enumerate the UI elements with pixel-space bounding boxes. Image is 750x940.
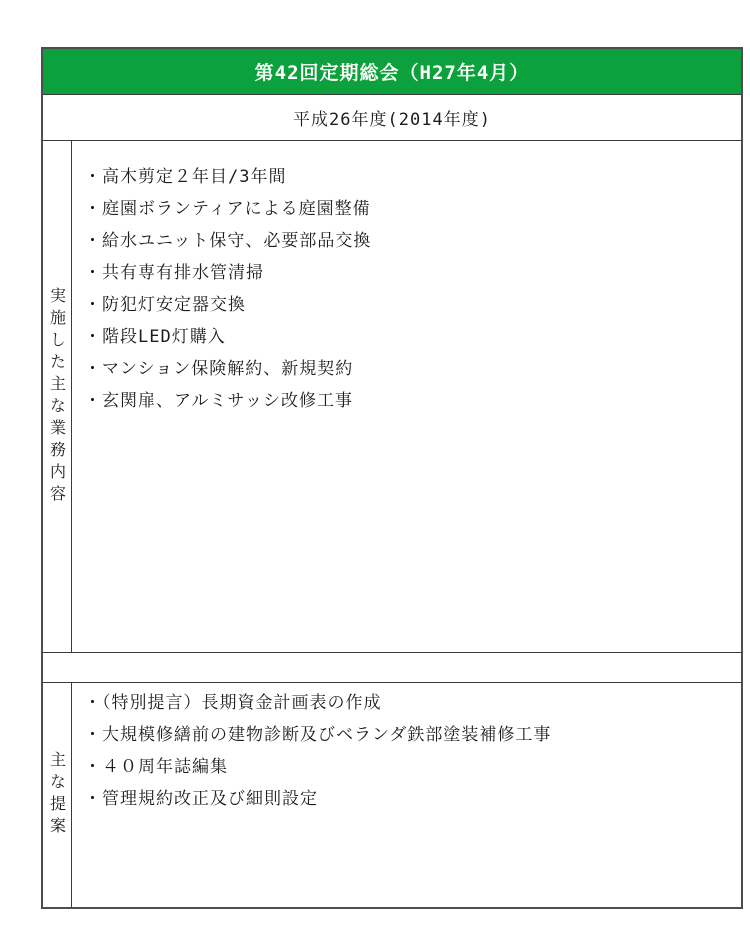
list-item: ・管理規約改正及び細則設定: [84, 783, 727, 815]
list-item: ・玄関扉、アルミサッシ改修工事: [84, 385, 727, 417]
section-proposals-label: 主な提案: [43, 751, 72, 839]
list-item: ・大規模修繕前の建物診断及びベランダ鉄部塗装補修工事: [84, 719, 727, 751]
list-item: ・４０周年誌編集: [84, 751, 727, 783]
proposals-list: ・（特別提言）長期資金計画表の作成 ・大規模修繕前の建物診断及びベランダ鉄部塗装…: [72, 683, 741, 907]
section-activities-label: 実施した主な業務内容: [43, 287, 72, 507]
list-item: ・防犯灯安定器交換: [84, 289, 727, 321]
list-item: ・マンション保険解約、新規契約: [84, 353, 727, 385]
list-item: ・共有専有排水管清掃: [84, 257, 727, 289]
report-table: 第42回定期総会（H27年4月） 平成26年度(2014年度) 実施した主な業務…: [41, 47, 743, 909]
list-item: ・給水ユニット保守、必要部品交換: [84, 225, 727, 257]
list-item: ・（特別提言）長期資金計画表の作成: [84, 687, 727, 719]
section-proposals-label-cell: 主な提案: [43, 683, 72, 907]
fiscal-year-row: 平成26年度(2014年度): [43, 94, 741, 140]
list-item: ・階段LED灯購入: [84, 321, 727, 353]
section-separator: [43, 652, 741, 682]
list-item: ・庭園ボランティアによる庭園整備: [84, 193, 727, 225]
section-activities-label-cell: 実施した主な業務内容: [43, 141, 72, 652]
list-item: ・高木剪定２年目/3年間: [84, 161, 727, 193]
fiscal-year-text: 平成26年度(2014年度): [293, 105, 491, 130]
table-header: 第42回定期総会（H27年4月）: [43, 49, 741, 94]
section-proposals: 主な提案 ・（特別提言）長期資金計画表の作成 ・大規模修繕前の建物診断及びベラン…: [43, 682, 741, 907]
section-activities: 実施した主な業務内容 ・高木剪定２年目/3年間 ・庭園ボランティアによる庭園整備…: [43, 140, 741, 652]
activities-list: ・高木剪定２年目/3年間 ・庭園ボランティアによる庭園整備 ・給水ユニット保守、…: [72, 141, 741, 652]
page: 第42回定期総会（H27年4月） 平成26年度(2014年度) 実施した主な業務…: [0, 0, 750, 940]
header-title: 第42回定期総会（H27年4月）: [255, 58, 530, 85]
